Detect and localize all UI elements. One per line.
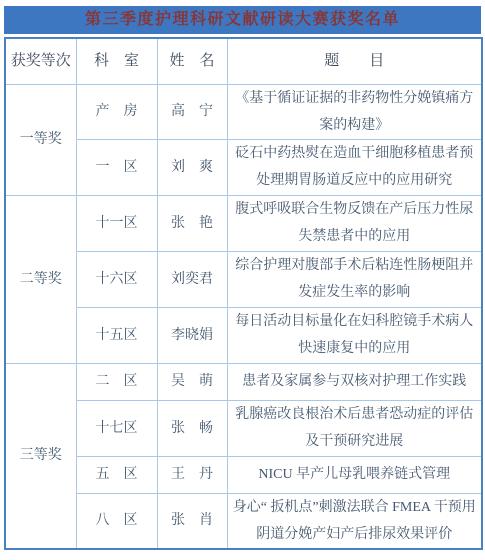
table-row: 十七区 张 畅 乳腺癌改良根治术后患者恐动症的评估及干预研究进展 xyxy=(5,400,482,456)
table-row: 十五区 李晓娟 每日活动目标量化在妇科腔镜手术病人快速康复中的应用 xyxy=(5,307,482,363)
title-cell: 《基于循证证据的非药物性分娩镇痛方案的构建》 xyxy=(227,84,482,139)
header-dept: 科 室 xyxy=(76,38,157,84)
header-name: 姓 名 xyxy=(157,38,227,84)
name-cell: 高 宁 xyxy=(157,84,227,139)
title-cell: 腹式呼吸联合生物反馈在产后压力性尿失禁患者中的应用 xyxy=(227,195,482,251)
dept-cell: 十一区 xyxy=(76,195,157,251)
table-row: 五 区 王 丹 NICU 早产儿母乳喂养链式管理 xyxy=(5,456,482,493)
name-cell: 张 肖 xyxy=(157,493,227,549)
table-row: 一等奖 产 房 高 宁 《基于循证证据的非药物性分娩镇痛方案的构建》 xyxy=(5,84,482,139)
name-cell: 王 丹 xyxy=(157,456,227,493)
header-row: 获奖等次 科 室 姓 名 题 目 xyxy=(5,38,482,84)
award-tier-1: 一等奖 xyxy=(5,84,76,195)
table-row: 一 区 刘 爽 砭石中药热熨在造血干细胞移植患者预处理期胃肠道反应中的应用研究 xyxy=(5,139,482,195)
name-cell: 李晓娟 xyxy=(157,307,227,363)
header-award: 获奖等次 xyxy=(5,38,76,84)
title-cell: 砭石中药热熨在造血干细胞移植患者预处理期胃肠道反应中的应用研究 xyxy=(227,139,482,195)
title-cell: 患者及家属参与双核对护理工作实践 xyxy=(227,363,482,400)
page-title: 第三季度护理科研文献研读大赛获奖名单 xyxy=(85,6,400,34)
name-cell: 刘 爽 xyxy=(157,139,227,195)
table-row: 二等奖 十一区 张 艳 腹式呼吸联合生物反馈在产后压力性尿失禁患者中的应用 xyxy=(5,195,482,251)
table-row: 三等奖 二 区 吴 萌 患者及家属参与双核对护理工作实践 xyxy=(5,363,482,400)
award-tier-2: 二等奖 xyxy=(5,195,76,363)
award-announcement: 第三季度护理科研文献研读大赛获奖名单 获奖等次 科 室 姓 名 题 目 一等奖 … xyxy=(4,6,481,550)
title-cell: 综合护理对腹部手术后粘连性肠梗阻并发症发生率的影响 xyxy=(227,251,482,307)
table-row: 八 区 张 肖 身心“ 扳机点”刺激法联合 FMEA 干预用阴道分娩产妇产后排尿… xyxy=(5,493,482,549)
dept-cell: 十五区 xyxy=(76,307,157,363)
dept-cell: 八 区 xyxy=(76,493,157,549)
title-cell: NICU 早产儿母乳喂养链式管理 xyxy=(227,456,482,493)
dept-cell: 一 区 xyxy=(76,139,157,195)
name-cell: 张 艳 xyxy=(157,195,227,251)
awards-table: 获奖等次 科 室 姓 名 题 目 一等奖 产 房 高 宁 《基于循证证据的非药物… xyxy=(4,37,483,550)
title-cell: 乳腺癌改良根治术后患者恐动症的评估及干预研究进展 xyxy=(227,400,482,456)
award-tier-3: 三等奖 xyxy=(5,363,76,549)
header-title: 题 目 xyxy=(227,38,482,84)
name-cell: 张 畅 xyxy=(157,400,227,456)
table-row: 十六区 刘奕君 综合护理对腹部手术后粘连性肠梗阻并发症发生率的影响 xyxy=(5,251,482,307)
dept-cell: 十七区 xyxy=(76,400,157,456)
title-bar: 第三季度护理科研文献研读大赛获奖名单 xyxy=(4,6,481,34)
dept-cell: 二 区 xyxy=(76,363,157,400)
title-cell: 每日活动目标量化在妇科腔镜手术病人快速康复中的应用 xyxy=(227,307,482,363)
dept-cell: 十六区 xyxy=(76,251,157,307)
dept-cell: 产 房 xyxy=(76,84,157,139)
dept-cell: 五 区 xyxy=(76,456,157,493)
name-cell: 刘奕君 xyxy=(157,251,227,307)
name-cell: 吴 萌 xyxy=(157,363,227,400)
title-cell: 身心“ 扳机点”刺激法联合 FMEA 干预用阴道分娩产妇产后排尿效果评价 xyxy=(227,493,482,549)
